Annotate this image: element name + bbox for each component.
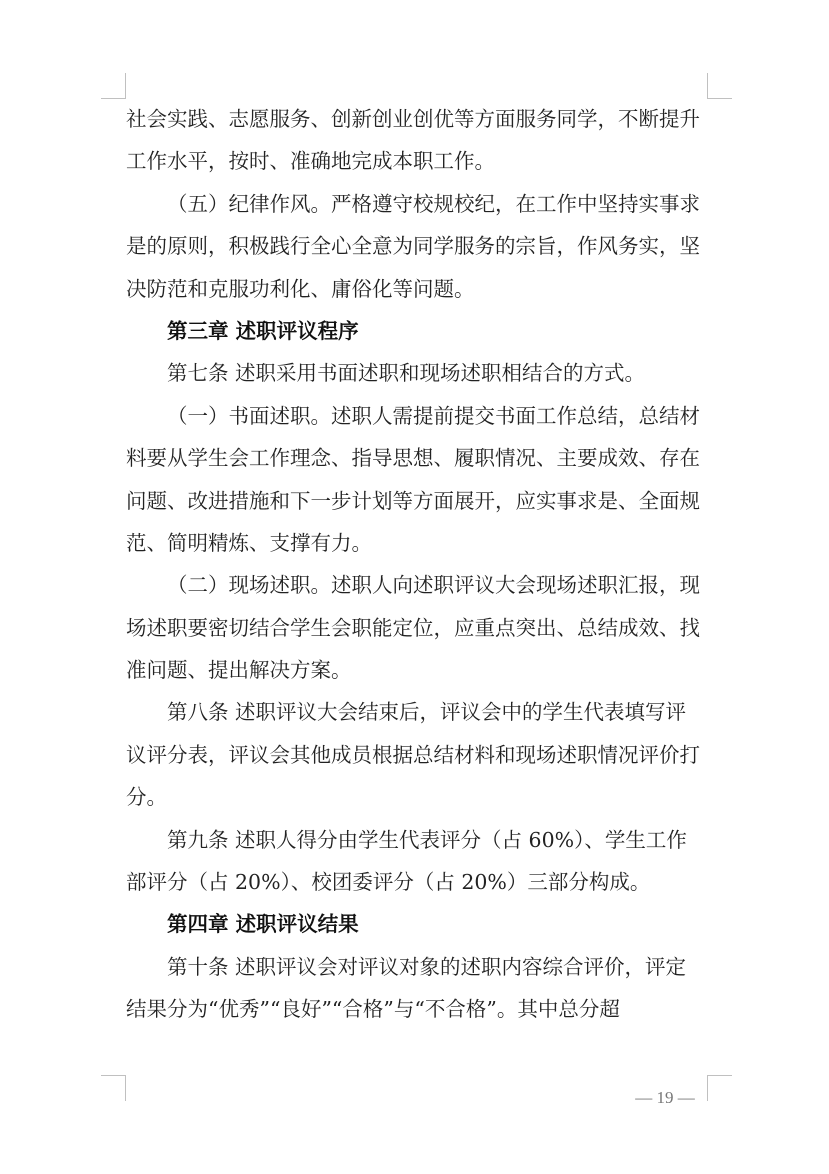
paragraph-line: 议评分表，评议会其他成员根据总结材料和现场述职情况评价打 — [126, 734, 708, 776]
paragraph-line: 第七条 述职采用书面述职和现场述职相结合的方式。 — [126, 352, 708, 394]
crop-mark-top-left — [101, 73, 126, 99]
paragraph-line: （一）书面述职。述职人需提前提交书面工作总结，总结材 — [126, 395, 708, 437]
paragraph-line: 问题、改进措施和下一步计划等方面展开，应实事求是、全面规 — [126, 480, 708, 522]
chapter-heading: 第三章 述职评议程序 — [126, 310, 708, 352]
paragraph-line: 结果分为“优秀”“良好”“合格”与“不合格”。其中总分超 — [126, 988, 708, 1030]
document-page: 社会实践、志愿服务、创新创业创优等方面服务同学，不断提升工作水平，按时、准确地完… — [0, 0, 829, 1174]
paragraph-line: 部评分（占 20%）、校团委评分（占 20%）三部分构成。 — [126, 861, 708, 903]
crop-mark-top-right — [707, 73, 732, 99]
page-number: — 19 — — [620, 1088, 710, 1108]
paragraph-line: 料要从学生会工作理念、指导思想、履职情况、主要成效、存在 — [126, 437, 708, 479]
crop-mark-bottom-right — [707, 1075, 732, 1101]
paragraph-line: 工作水平，按时、准确地完成本职工作。 — [126, 140, 708, 182]
paragraph-line: 准问题、提出解决方案。 — [126, 649, 708, 691]
paragraph-line: 场述职要密切结合学生会职能定位，应重点突出、总结成效、找 — [126, 607, 708, 649]
paragraph-line: 第九条 述职人得分由学生代表评分（占 60%）、学生工作 — [126, 819, 708, 861]
chapter-heading: 第四章 述职评议结果 — [126, 903, 708, 945]
document-body: 社会实践、志愿服务、创新创业创优等方面服务同学，不断提升工作水平，按时、准确地完… — [126, 98, 708, 1031]
paragraph-line: 分。 — [126, 776, 708, 818]
paragraph-line: 决防范和克服功利化、庸俗化等问题。 — [126, 268, 708, 310]
paragraph-line: 社会实践、志愿服务、创新创业创优等方面服务同学，不断提升 — [126, 98, 708, 140]
paragraph-line: 第十条 述职评议会对评议对象的述职内容综合评价，评定 — [126, 946, 708, 988]
crop-mark-bottom-left — [101, 1075, 126, 1101]
paragraph-line: （二）现场述职。述职人向述职评议大会现场述职汇报，现 — [126, 564, 708, 606]
paragraph-line: 范、简明精炼、支撑有力。 — [126, 522, 708, 564]
paragraph-line: 是的原则，积极践行全心全意为同学服务的宗旨，作风务实，坚 — [126, 225, 708, 267]
paragraph-line: （五）纪律作风。严格遵守校规校纪，在工作中坚持实事求 — [126, 183, 708, 225]
paragraph-line: 第八条 述职评议大会结束后，评议会中的学生代表填写评 — [126, 691, 708, 733]
